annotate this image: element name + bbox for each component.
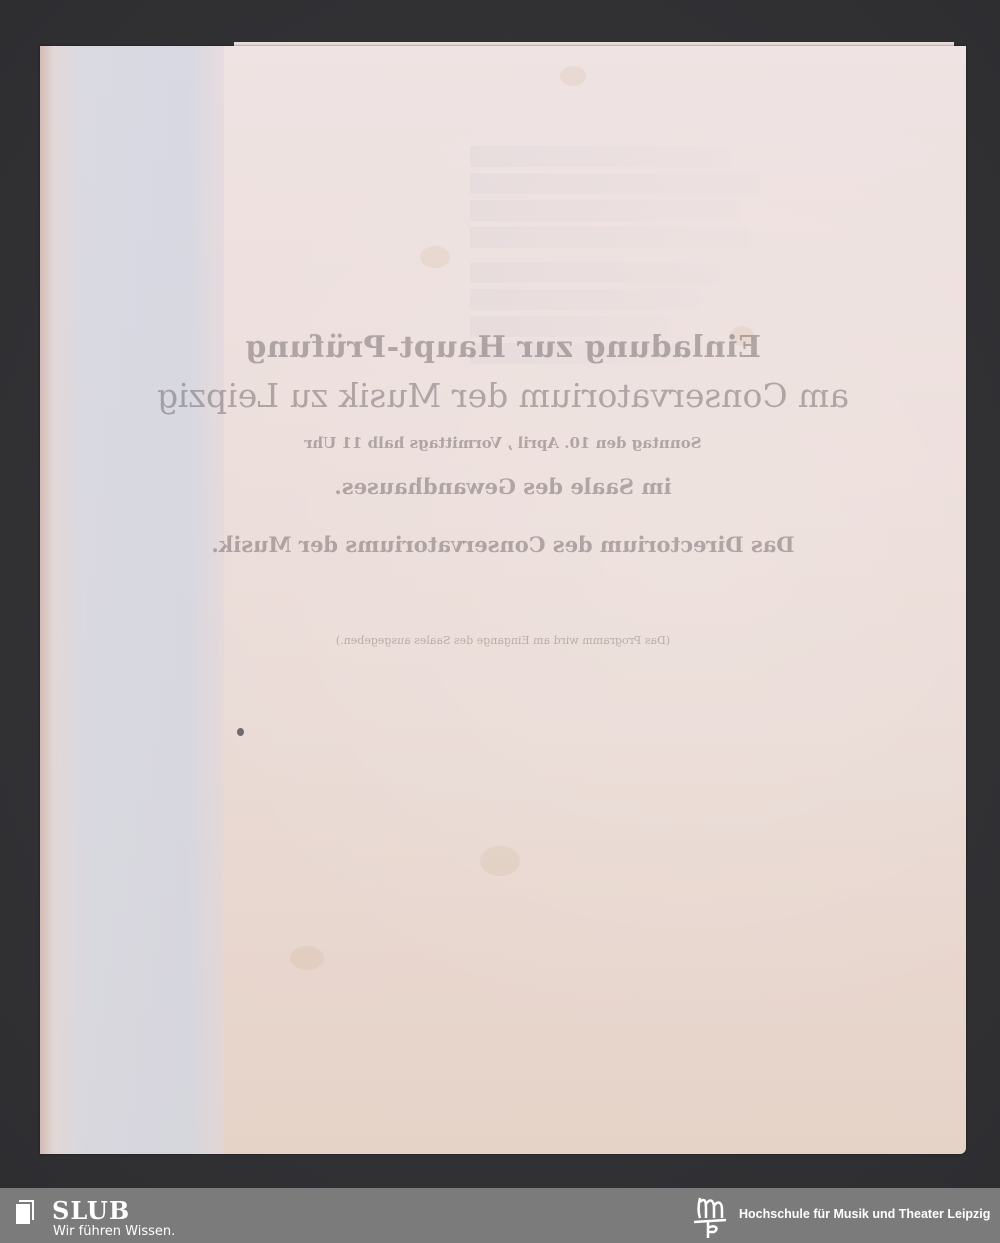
ink-speck bbox=[237, 728, 244, 736]
paper-stain bbox=[420, 246, 450, 268]
slub-book-icon bbox=[14, 1198, 40, 1224]
paper-stain bbox=[480, 846, 520, 876]
paper-stain bbox=[560, 66, 586, 86]
slub-title: SLUB bbox=[52, 1196, 130, 1225]
hmt-institution-name: Hochschule für Musik und Theater Leipzig bbox=[739, 1207, 990, 1221]
heading-conservatory: am Conservatorium der Musik zu Leipzig bbox=[40, 376, 966, 415]
signature-line: Das Directorium des Conservatoriums der … bbox=[40, 532, 966, 557]
paper-stain bbox=[290, 946, 324, 970]
footer-bar: SLUB Wir führen Wissen. Hochschule für M… bbox=[0, 1188, 1000, 1243]
heading-invitation: Einladung zur Haupt-Prüfung bbox=[40, 330, 966, 365]
date-time-line: Sonntag den 10. April , Vormittags halb … bbox=[40, 434, 966, 452]
scanned-page: Einladung zur Haupt-Prüfung am Conservat… bbox=[40, 46, 966, 1154]
hmt-monogram-icon bbox=[692, 1194, 730, 1240]
programme-note: (Das Programm wird am Eingange des Saale… bbox=[40, 634, 966, 647]
venue-line: im Saale des Gewandhauses. bbox=[40, 474, 966, 499]
slub-tagline: Wir führen Wissen. bbox=[53, 1224, 175, 1239]
